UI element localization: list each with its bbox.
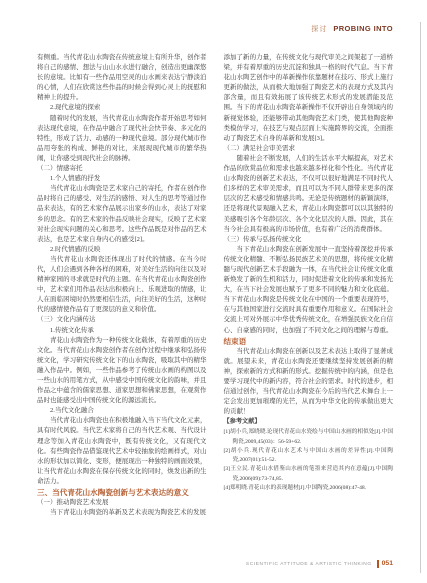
- paragraph: 当代青花山水陶瓷也在积极地融入当下当代文化元素，具有时代风貌。当代艺术家将自己的…: [37, 416, 207, 487]
- reference-item: [1]胡小兵,郑晓晓.论现代青花山水瓷绘与中国山水画的相似处[J].中国陶瓷,2…: [224, 428, 394, 446]
- paragraph: 青花山水陶瓷作为一种传统文化载体，有着厚重的历史文化。当代青花山水陶瓷创作者在创…: [37, 336, 207, 407]
- subheading: （一）推动陶瓷艺术发展: [37, 498, 207, 508]
- references-section: 【参考文献】 [1]胡小兵,郑晓晓.论现代青花山水瓷绘与中国山水画的相似处[J]…: [224, 417, 394, 493]
- right-column: 添加了新的力量，在传统文化与现代审美之间架起了一道桥梁，并有着厚重的历史沉淀和独…: [224, 53, 394, 518]
- section-tag-english: PROBING INTO: [333, 24, 393, 33]
- reference-item: [3]王立民.青花山水借鉴山水画的笔墨来营造其内在意蕴[J].中国陶瓷,2006…: [224, 465, 394, 483]
- reference-item: [2]胡小兵.现代青花山水艺术与中国山水画的差异性[J].中国陶瓷,2007(0…: [224, 447, 394, 465]
- page-footer: SCIENTIFIC ATTITUDE & ARTISTIC THINKING …: [246, 560, 393, 568]
- subheading: 1.个人情感的抒发: [37, 174, 207, 184]
- paragraph: 当代青花山水陶瓷还体现出了时代的情感。在当今时代，人们会遇到各种各样的困难，对美…: [37, 255, 207, 316]
- journal-name: SCIENTIFIC ATTITUDE & ARTISTIC THINKING: [246, 562, 372, 567]
- section-heading: 三、当代青花山水陶瓷创新与艺术表达的意义: [37, 487, 207, 498]
- subheading: 1.传统文化传承: [37, 326, 207, 336]
- subheading: （三）文化内涵传达: [37, 315, 207, 325]
- paragraph: 添加了新的力量，在传统文化与现代审美之间架起了一道桥梁，并有着厚重的历史沉淀和独…: [224, 53, 394, 144]
- conclusion-heading: 结束语: [224, 336, 394, 347]
- paragraph: 随着时代的发展，当代青花山水陶瓷作者开始思考如何表达现代意境，在作品中融合了现代…: [37, 114, 207, 164]
- reference-item: [4]郑明晓.青花山水的表现题材[J].中国陶瓷,2006(08):47-48.: [224, 484, 394, 493]
- subheading: 2.当代文化融合: [37, 406, 207, 416]
- subheading: （二）情感寄托: [37, 164, 207, 174]
- section-tag-chinese: 探讨: [311, 24, 327, 34]
- paragraph: 有侧重。当代青花山水陶瓷在传统意境上有所升华，创作者将自己的感情、想法与山山水水…: [37, 53, 207, 103]
- document-page: 探讨 PROBING INTO 有侧重。当代青花山水陶瓷在传统意境上有所升华，创…: [0, 0, 427, 583]
- page-number: 051: [377, 560, 393, 568]
- paragraph: 当下青花山水陶瓷在创新发展中一直坚持着深挖并传承传统文化精髓、不断弘扬民族艺术美…: [224, 245, 394, 336]
- paragraph: 当下青花山水陶瓷的革新及艺术表现为陶瓷艺术的发展: [37, 508, 207, 518]
- paragraph: 当代青花山水陶瓷在创新以及艺术表达上取得了显著成就。展望未来，青花山水陶瓷还要继…: [224, 347, 394, 418]
- subheading: 2.现代意境的探索: [37, 103, 207, 113]
- subheading: 2.时代情感的反映: [37, 245, 207, 255]
- article-body: 有侧重。当代青花山水陶瓷在传统意境上有所升华，创作者将自己的感情、想法与山山水水…: [37, 53, 393, 518]
- page-header: 探讨 PROBING INTO: [311, 24, 393, 34]
- references-title: 【参考文献】: [224, 417, 394, 426]
- subheading: （二）满足社会审美需求: [224, 144, 394, 154]
- page-edge-rule: [420, 22, 421, 573]
- paragraph: 当代青花山水陶瓷是艺术家自己的寄托，作者在创作作品时将自己的感受、对生活的感悟、…: [37, 184, 207, 245]
- subheading: （三）传承与弘扬传统文化: [224, 235, 394, 245]
- left-column: 有侧重。当代青花山水陶瓷在传统意境上有所升华，创作者将自己的感情、想法与山山水水…: [37, 53, 207, 518]
- paragraph: 随着社会不断发展，人们的生活水平大幅提高，对艺术作品的欣赏品位和需求也越来越多样…: [224, 154, 394, 235]
